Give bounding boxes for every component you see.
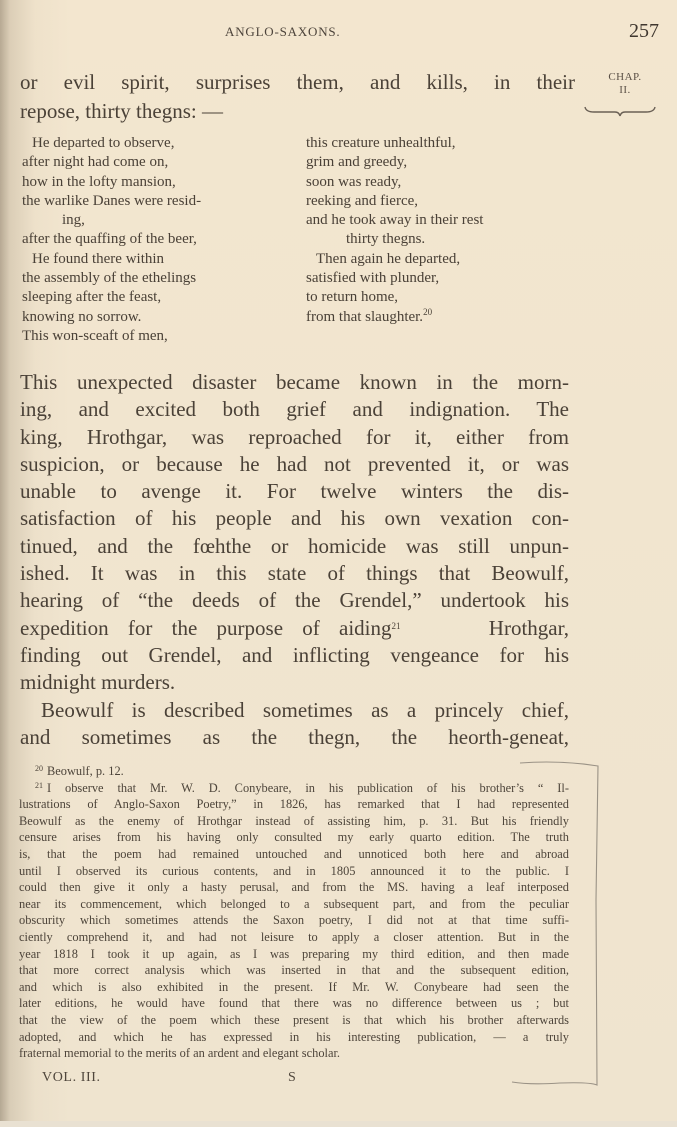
footnote-line: fraternal memorial to the merits of an a… (19, 1045, 569, 1062)
verse-line: after the quaffing of the beer, (22, 230, 292, 249)
body-line: This unexpected disaster became known in… (20, 369, 569, 396)
signature-mark: S (288, 1070, 296, 1086)
verse-line: after night had come on, (22, 153, 292, 172)
verse-line: reeking and fierce, (306, 192, 576, 211)
verse-line: grim and greedy, (306, 153, 576, 172)
body-line: hearing of “the deeds of the Grendel,” u… (20, 587, 569, 614)
footnote-line: near its commencement, which belonged to… (19, 896, 569, 913)
footnote-text: I observe that Mr. W. D. Conybeare, in h… (47, 781, 569, 795)
verse-line: soon was ready, (306, 173, 576, 192)
footnote-ref-20[interactable]: 20 (423, 307, 432, 317)
verse-line: He found there within (22, 250, 292, 269)
body-line: Beowulf is described sometimes as a prin… (20, 697, 569, 724)
volume-label: VOL. III. (42, 1070, 101, 1086)
verse-line: the warlike Danes were resid- (22, 192, 292, 211)
footnote-21: 21I observe that Mr. W. D. Conybeare, in… (19, 780, 569, 797)
body-text: This unexpected disaster became known in… (20, 369, 569, 751)
footnote-ref-21[interactable]: 21 (392, 621, 401, 631)
verse-left-column: He departed to observe, after night had … (22, 134, 292, 346)
intro-line: repose, thirty thegns: — (20, 97, 575, 126)
running-head: ANGLO-SAXONS. 257 (0, 20, 677, 44)
intro-text: or evil spirit, surprises them, and kill… (20, 68, 575, 126)
intro-line: or evil spirit, surprises them, and kill… (20, 68, 575, 97)
verse-line: Then again he departed, (306, 250, 576, 269)
footnote-line: could then give it only a hasty perusal,… (19, 879, 569, 896)
page-number: 257 (629, 20, 659, 43)
verse-line: satisfied with plunder, (306, 269, 576, 288)
verse-line: He departed to observe, (22, 134, 292, 153)
body-line: expedition for the purpose of aiding21 H… (20, 615, 569, 642)
body-line: unable to avenge it. For twelve winters … (20, 478, 569, 505)
chapter-margin-note: CHAP. II. (590, 71, 660, 97)
page-footer: VOL. III. S (0, 1070, 677, 1092)
footnote-line: censure arises from his having only cons… (19, 829, 569, 846)
footnote-mark: 21 (35, 781, 43, 790)
body-line: tinued, and the fœhthe or homicide was s… (20, 533, 569, 560)
footnote-line: that the view of the poem which these pr… (19, 1012, 569, 1029)
verse-line: and he took away in their rest (306, 211, 576, 230)
footnote-line: Beowulf as the enemy of Hrothgar instead… (19, 813, 569, 830)
curly-brace-icon (584, 105, 656, 117)
body-line: midnight murders. (20, 669, 569, 696)
footnote-line: lustrations of Anglo-Saxon Poetry,” in 1… (19, 796, 569, 813)
verse-line: from that slaughter.20 (306, 308, 576, 327)
footnote-line: later editions, he would have found that… (19, 995, 569, 1012)
book-page: ANGLO-SAXONS. 257 CHAP. II. or evil spir… (0, 0, 677, 1127)
verse-line: sleeping after the feast, (22, 288, 292, 307)
body-line: ished. It was in this state of things th… (20, 560, 569, 587)
chapter-label: CHAP. (590, 71, 660, 84)
body-line: ing, and excited both grief and indignat… (20, 396, 569, 423)
footnote-mark: 20 (35, 764, 43, 773)
footnote-line: that more correct analysis which was ins… (19, 962, 569, 979)
footnote-line: and which is also exhibited in the prese… (19, 979, 569, 996)
chapter-number: II. (590, 84, 660, 97)
footnote-text: Beowulf, p. 12. (47, 764, 124, 778)
verse-text: from that slaughter. (306, 309, 423, 325)
footnote-line: is, that the poem had remained untouched… (19, 846, 569, 863)
verse-line: to return home, (306, 288, 576, 307)
verse-line: the assembly of the ethelings (22, 269, 292, 288)
body-line: finding out Grendel, and inflicting veng… (20, 642, 569, 669)
body-text-segment: expedition for the purpose of aiding (20, 615, 392, 642)
footnote-line: obscurity which sometimes attends the Sa… (19, 912, 569, 929)
verse-line: ing, (22, 211, 292, 230)
running-title: ANGLO-SAXONS. (225, 24, 341, 40)
footnote-line: until I observed its curious contents, a… (19, 863, 569, 880)
verse-right-column: this creature unhealthful, grim and gree… (306, 134, 576, 327)
body-line: satisfaction of his people and his own v… (20, 505, 569, 532)
footnote-20: 20Beowulf, p. 12. (19, 763, 569, 780)
footnote-line: year 1818 I took it up again, as I was p… (19, 946, 569, 963)
footnote-line: adopted, and which he has expressed in h… (19, 1029, 569, 1046)
verse-line: thirty thegns. (306, 230, 576, 249)
footnote-line: ciently comprehend it, and had not leisu… (19, 929, 569, 946)
body-line: suspicion, or because he had not prevent… (20, 451, 569, 478)
verse-line: This won-sceaft of men, (22, 327, 292, 346)
verse-line: this creature unhealthful, (306, 134, 576, 153)
body-text-segment: Hrothgar, (401, 616, 569, 640)
body-line: king, Hrothgar, was reproached for it, e… (20, 424, 569, 451)
footnotes: 20Beowulf, p. 12. 21I observe that Mr. W… (19, 763, 569, 1062)
verse-line: how in the lofty mansion, (22, 173, 292, 192)
verse-line: knowing no sorrow. (22, 308, 292, 327)
body-line: and sometimes as the thegn, the heorth-g… (20, 724, 569, 751)
